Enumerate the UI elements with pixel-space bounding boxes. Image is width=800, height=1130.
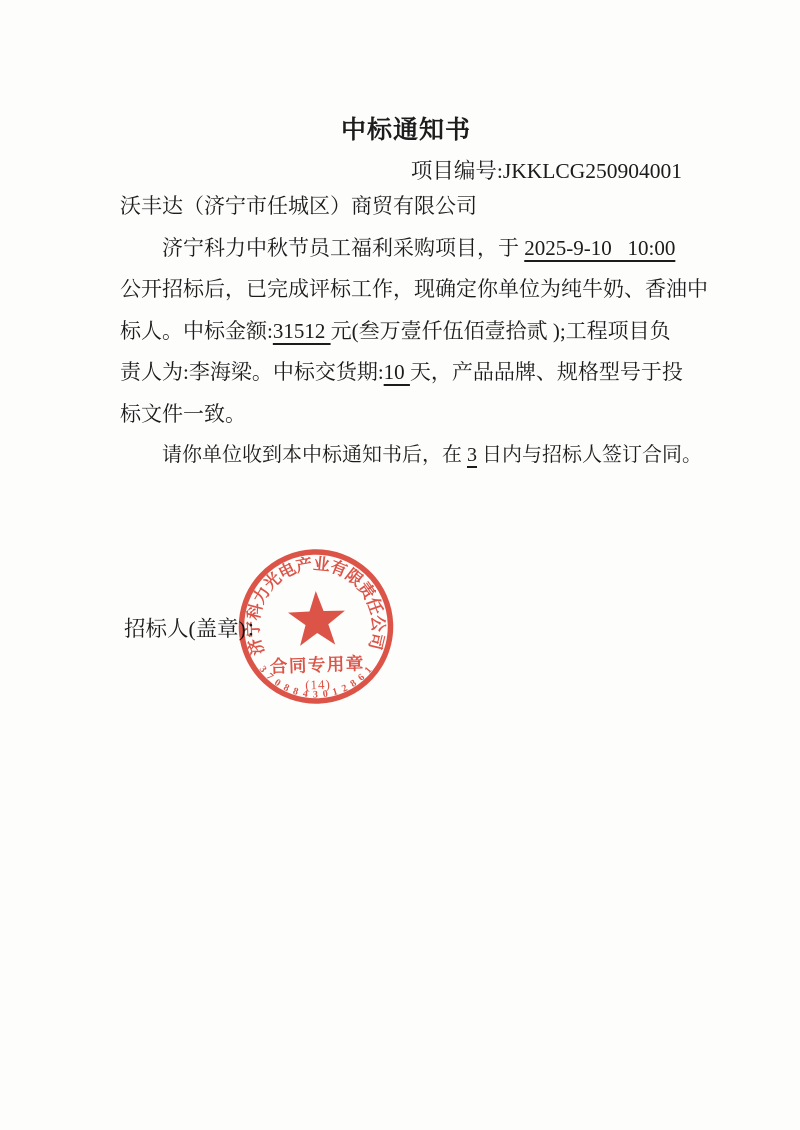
document-page: 中标通知书 项目编号:JKKLCG250904001 沃丰达（济宁市任城区）商贸… <box>0 0 800 1130</box>
body-line: 标文件一致。 <box>120 394 720 436</box>
body-text: 日内与招标人签订合同。 <box>477 444 702 466</box>
project-number-value: JKKLCG250904001 <box>503 159 682 183</box>
body-text: 责人为:李海梁。中标交货期: <box>120 360 384 384</box>
project-number-label: 项目编号: <box>411 159 503 183</box>
seal-star-icon <box>287 590 346 646</box>
body-line: 责人为:李海梁。中标交货期:10 天，产品品牌、规格型号于投 <box>120 352 720 394</box>
body-line: 公开招标后，已完成评标工作，现确定你单位为纯牛奶、香油中 <box>120 269 720 311</box>
document-body: 沃丰达（济宁市任城区）商贸有限公司 济宁科力中秋节员工福利采购项目，于 2025… <box>120 186 720 477</box>
body-text: 标人。中标金额: <box>120 319 273 343</box>
body-text: 公开招标后，已完成评标工作，现确定你单位为纯牛奶、香油中 <box>120 277 708 301</box>
award-amount: 31512 <box>273 319 331 343</box>
body-line: 请你单位收到本中标通知书后，在 3 日内与招标人签订合同。 <box>120 435 720 477</box>
company-seal: 济宁科力光电产业有限责任公司 合同专用章 (14) 3708843012861 <box>222 533 410 721</box>
bid-open-datetime: 2025-9-10 10:00 <box>524 236 675 260</box>
document-title: 中标通知书 <box>120 110 692 146</box>
recipient-name: 沃丰达（济宁市任城区）商贸有限公司 <box>120 194 477 218</box>
body-text: 请你单位收到本中标通知书后，在 <box>162 444 467 466</box>
delivery-days: 10 <box>384 360 410 384</box>
project-number-line: 项目编号:JKKLCG250904001 <box>120 154 692 185</box>
contract-sign-days: 3 <box>467 444 477 466</box>
body-text: 天，产品品牌、规格型号于投 <box>410 360 683 384</box>
body-text: 标文件一致。 <box>120 402 246 426</box>
body-text: 济宁科力中秋节员工福利采购项目，于 <box>162 236 524 260</box>
body-text: 元(叁万壹仟伍佰壹拾贰 );工程项目负 <box>331 319 671 343</box>
body-line: 济宁科力中秋节员工福利采购项目，于 2025-9-10 10:00 <box>120 228 720 270</box>
seal-type-text: 合同专用章 <box>270 653 366 676</box>
recipient-line: 沃丰达（济宁市任城区）商贸有限公司 <box>120 186 720 228</box>
body-line: 标人。中标金额:31512 元(叁万壹仟伍佰壹拾贰 );工程项目负 <box>120 311 720 353</box>
